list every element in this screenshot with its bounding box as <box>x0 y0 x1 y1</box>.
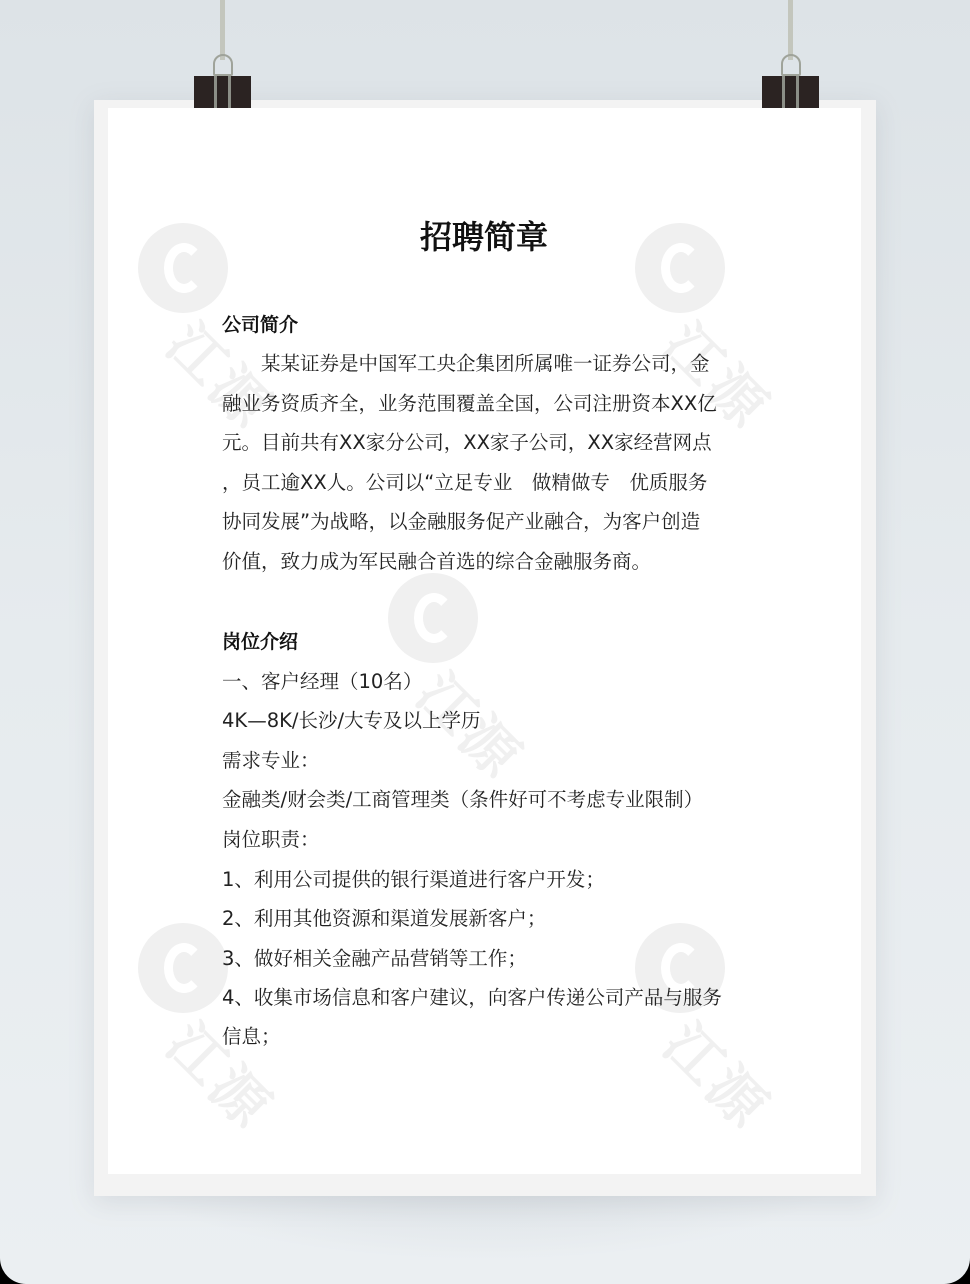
hanging-string-right <box>788 0 793 60</box>
duty-item: 4、收集市场信息和客户建议，向客户传递公司产品与服务 <box>222 982 722 1010</box>
poster-paper: 江源 江源 江源 江源 江源 <box>108 108 861 1174</box>
clip-wire-right <box>781 54 801 76</box>
majors-text: 金融类/财会类/工商管理类（条件好可不考虑专业限制） <box>222 784 703 812</box>
hanging-string-left <box>220 0 225 60</box>
binder-clip-left-icon <box>194 76 251 108</box>
paragraph-line: 协同发展”为战略，以金融服务促产业融合，为客户创造 <box>222 502 752 542</box>
company-intro-heading: 公司简介 <box>222 310 298 337</box>
poster-title: 招聘简章 <box>222 212 746 258</box>
mockup-background: 江源 江源 江源 江源 江源 招聘简章 公司简介 某某证券是中国军工央企集团所属… <box>0 0 970 1284</box>
watermark-logo-icon: 江源 <box>635 923 835 1123</box>
major-label: 需求专业： <box>222 745 320 773</box>
paragraph-line: 价值，致力成为军民融合首选的综合金融服务商。 <box>222 542 752 582</box>
duties-label: 岗位职责： <box>222 824 320 852</box>
paragraph-line: ，员工逾XX人。公司以“立足专业 做精做专 优质服务 <box>222 463 752 503</box>
company-intro-paragraph: 某某证券是中国军工央企集团所属唯一证券公司，金 融业务资质齐全，业务范围覆盖全国… <box>222 344 752 581</box>
paragraph-line: 元。目前共有XX家分公司，XX家子公司，XX家经营网点 <box>222 423 752 463</box>
position-title: 一、客户经理（10名） <box>222 666 422 694</box>
duty-item: 2、利用其他资源和渠道发展新客户； <box>222 903 546 931</box>
binder-clip-right-icon <box>762 76 819 108</box>
paragraph-line: 某某证券是中国军工央企集团所属唯一证券公司，金 <box>222 344 752 384</box>
duty-item: 信息； <box>222 1021 281 1049</box>
salary-location-education: 4K—8K/长沙/大专及以上学历 <box>222 705 481 733</box>
paragraph-line: 融业务资质齐全，业务范围覆盖全国，公司注册资本XX亿 <box>222 384 752 424</box>
duty-item: 3、做好相关金融产品营销等工作； <box>222 943 527 971</box>
clip-wire-left <box>213 54 233 76</box>
position-intro-heading: 岗位介绍 <box>222 627 298 654</box>
duty-item: 1、利用公司提供的银行渠道进行客户开发； <box>222 864 605 892</box>
